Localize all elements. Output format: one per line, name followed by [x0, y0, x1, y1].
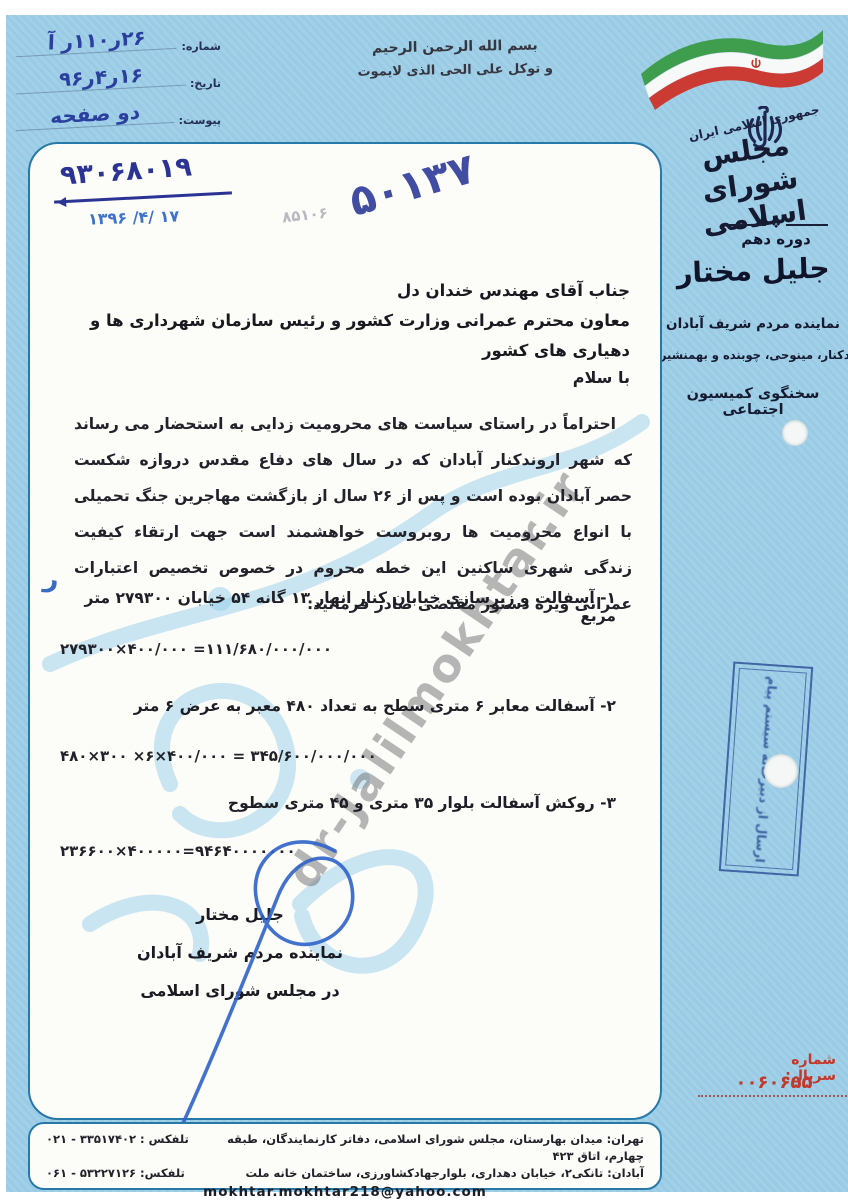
faint-stamp-number: ۸۵۱۰۶	[281, 204, 328, 227]
recipient-line-2: معاون محترم عمرانی وزارت کشور و رئیس ساز…	[60, 306, 630, 366]
recipient-line-1: جناب آقای مهندس خندان دل	[60, 276, 630, 306]
footer-email: mokhtar.mokhtar218@yahoo.com	[46, 1184, 644, 1200]
footer-tehran-fax: تلفکس : ۳۳۵۱۷۴۰۲ - ۰۲۱	[46, 1131, 203, 1148]
list-item-1-calculation: ۲۷۹۳۰۰×۴۰۰/۰۰۰ =۱۱۱/۶۸۰/۰۰۰/۰۰۰	[60, 640, 400, 658]
salutation: با سلام	[573, 368, 630, 387]
letter-body-box: dr-Jalilmokhtar.ir ۹۳۰۶۸۰۱۹ ۱۳۹۶ /۴/ ۱۷ …	[28, 142, 662, 1120]
ref-number-underline	[54, 191, 232, 203]
attachment-label: پیوست:	[175, 114, 221, 127]
bismillah-block: بسم الله الرحمن الرحیم و توکل علی الحی ا…	[300, 33, 611, 84]
header-field-date: تاریخ: ۱۶ر۴ر۹۶	[16, 53, 221, 90]
signature-title-2: در مجلس شورای اسلامی	[90, 972, 390, 1010]
header-registry-fields: شماره: ۲۶ر۱۱۰ر آ تاریخ: ۱۶ر۴ر۹۶ پیوست: د…	[16, 16, 221, 127]
date-label: تاریخ:	[186, 77, 221, 90]
ref-date-handwritten: ۱۳۹۶ /۴/ ۱۷	[88, 206, 180, 228]
footer-line-tehran: تهران: میدان بهارستان، مجلس شورای اسلامی…	[46, 1131, 644, 1165]
list-item-3: ۳- روکش آسفالت بلوار ۳۵ متری و ۴۵ متری س…	[60, 794, 616, 812]
term-label: دوره دهم	[724, 230, 828, 248]
list-item-1: ۱- آسفالت و زیرسازی خیابان کنار انهار ۱۳…	[60, 589, 616, 625]
signature-title-1: نماینده مردم شریف آبادان	[90, 934, 390, 972]
footer-abadan-address: آبادان: تانکی۲، خیابان دهداری، بلوارجهاد…	[245, 1165, 644, 1182]
footer-tehran-address: تهران: میدان بهارستان، مجلس شورای اسلامی…	[203, 1131, 644, 1165]
mp-title-representative: نماینده مردم شریف آبادان	[660, 316, 846, 332]
footer-abadan-fax: تلفکس: ۵۳۲۲۷۱۲۶ - ۰۶۱	[46, 1165, 199, 1182]
footer-line-abadan: آبادان: تانکی۲، خیابان دهداری، بلوارجهاد…	[46, 1165, 644, 1182]
list-item-2-calculation: ۴۸۰×۳۰۰ ×۶×۴۰۰/۰۰۰ = ۳۴۵/۶۰۰/۰۰۰/۰۰۰	[60, 747, 400, 765]
number-label: شماره:	[177, 40, 221, 53]
header-field-number: شماره: ۲۶ر۱۱۰ر آ	[16, 16, 221, 53]
signature-block: جلیل مختار نماینده مردم شریف آبادان در م…	[90, 896, 390, 1010]
serial-number-value: ۰۰۶۰۶۵۵	[698, 1072, 848, 1097]
punch-hole-bottom	[764, 754, 798, 788]
mp-name-calligraphy: جلیل مختار	[661, 251, 844, 290]
list-item-3-calculation: ۲۳۶۶۰۰×۴۰۰۰۰۰=۹۴۶۴۰۰۰۰۰۰۰	[60, 842, 400, 860]
signature-name: جلیل مختار	[90, 896, 390, 934]
footer-contact-box: تهران: میدان بهارستان، مجلس شورای اسلامی…	[28, 1122, 662, 1190]
ref-number-handwritten: ۹۳۰۶۸۰۱۹	[59, 151, 193, 191]
scanned-letter-page: شماره: ۲۶ر۱۱۰ر آ تاریخ: ۱۶ر۴ر۹۶ پیوست: د…	[0, 0, 848, 1200]
punch-hole-top	[782, 420, 808, 446]
mp-title-commission: سخنگوی کمیسیون اجتماعی	[660, 386, 846, 418]
margin-pen-mark: ر	[42, 563, 61, 595]
attachment-value-handwritten: دو صفحه	[16, 98, 175, 131]
recipient-block: جناب آقای مهندس خندان دل معاون محترم عمر…	[60, 276, 630, 366]
iran-flag-icon	[636, 20, 828, 112]
header-field-attachment: پیوست: دو صفحه	[16, 90, 221, 127]
mp-title-districts: اروندکنار، مینوحی، چوبنده و بهمنشیر	[660, 348, 844, 362]
big-number-handwritten: ۵۰۱۳۷	[344, 143, 481, 225]
list-item-2: ۲- آسفالت معابر ۶ متری سطح به تعداد ۴۸۰ …	[60, 697, 616, 715]
